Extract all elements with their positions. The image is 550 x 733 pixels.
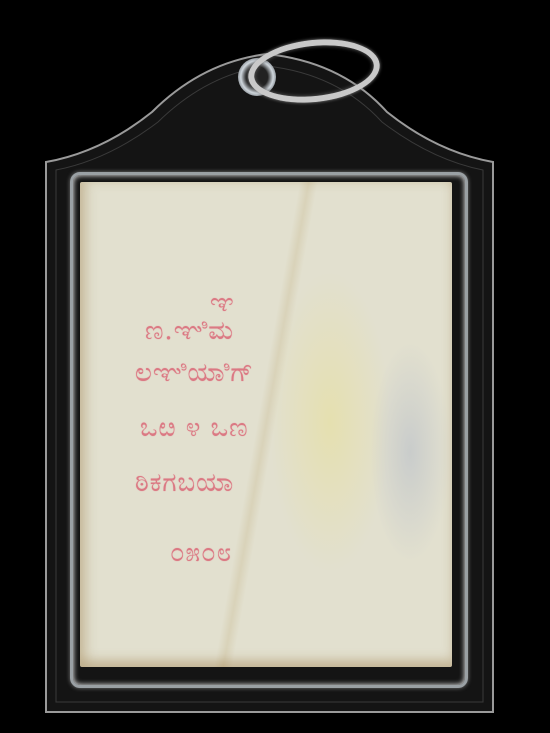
inscription-line-3: ಲಞಿಯಾಿಗ್ bbox=[135, 358, 254, 389]
inscription-line-5: ಠಿಕಗಬಯಾ bbox=[135, 468, 234, 499]
inscription-line-1: ಞ bbox=[210, 288, 235, 319]
inscription-line-2: ಣ.ಞಿಮ bbox=[145, 316, 234, 347]
red-ink-inscription: ಞ ಣ.ಞಿಮ ಲಞಿಯಾಿಗ್ ಒೞ ೪ ಒಣ ಠಿಕಗಬಯಾ ೦೫೦೮ bbox=[140, 288, 360, 588]
inscription-line-4: ಒೞ ೪ ಒಣ bbox=[140, 413, 249, 444]
inscription-line-6: ೦೫೦೮ bbox=[170, 538, 232, 569]
